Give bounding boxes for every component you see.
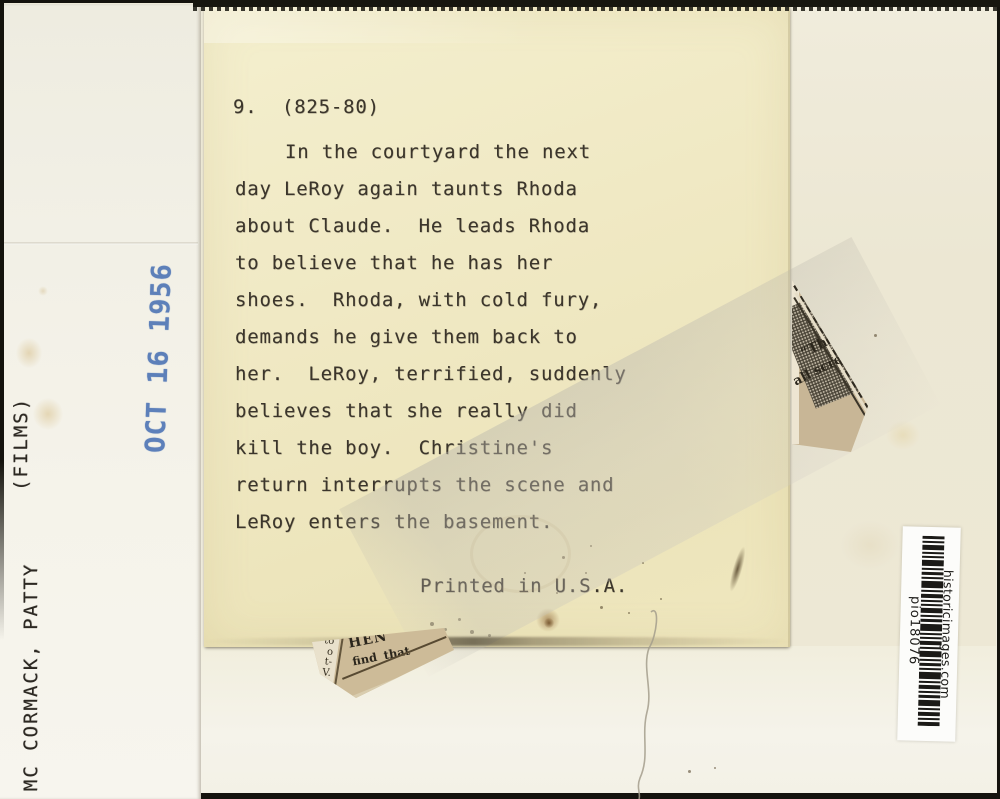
stain xyxy=(38,286,48,296)
speck xyxy=(874,334,877,337)
scan-edge-left xyxy=(0,0,4,640)
stain xyxy=(33,398,63,430)
barcode-site-text: historicimages.com xyxy=(938,570,956,700)
filing-label-name: MC CORMACK, PATTY xyxy=(20,563,42,791)
caption-number: 9. (825-80) xyxy=(233,96,380,118)
speck xyxy=(660,598,662,600)
sheet-edge-grime xyxy=(204,637,790,646)
stain xyxy=(886,420,920,450)
stain xyxy=(16,338,42,368)
speck xyxy=(714,767,716,769)
scanned-photo-back: 9. (825-80) In the courtyard the next da… xyxy=(0,0,1000,799)
sheet-glare xyxy=(204,7,654,43)
paper-crease xyxy=(0,242,198,245)
photo-back-bottom-area xyxy=(198,646,996,793)
date-stamp: OCT 16 1956 xyxy=(140,263,178,454)
barcode-sticker: pio18076 h xyxy=(897,526,961,741)
stain xyxy=(544,618,554,628)
speck xyxy=(600,606,603,609)
scan-edge-top xyxy=(193,0,1000,7)
speck xyxy=(628,612,630,614)
speck xyxy=(688,770,691,773)
filing-label-category: (FILMS) xyxy=(10,397,32,491)
speck xyxy=(612,588,614,590)
stain xyxy=(840,520,900,570)
